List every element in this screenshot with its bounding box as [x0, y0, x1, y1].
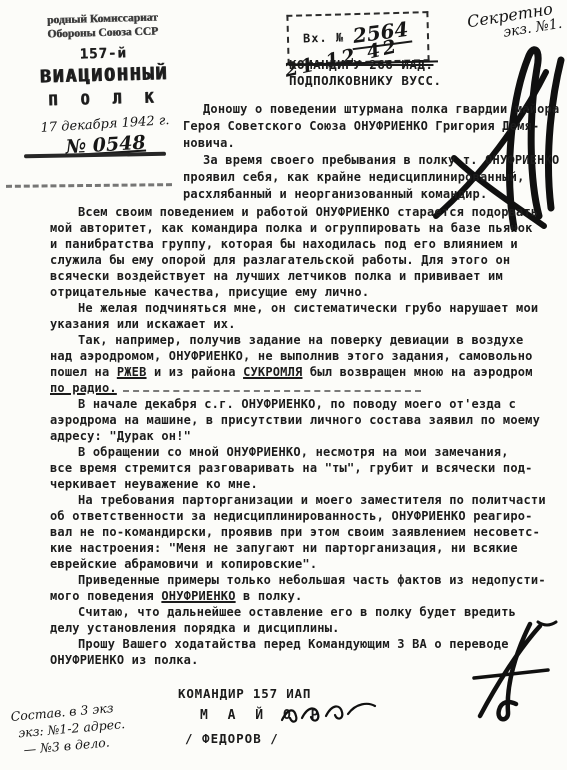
body-line: вал не по-командирски, проявив при этом … [50, 524, 565, 540]
underlined-place-name: СУКРОМЛЯ [243, 365, 302, 379]
body-line: все время стремится разговаривать на "ты… [50, 460, 565, 476]
underlined-surname: ОНУФРИЕНКО [161, 589, 235, 603]
body-line: и панибратства группу, которая бы находи… [50, 236, 565, 252]
body-line: еврейские абрамовичи и копировские". [50, 556, 565, 572]
body-line: адресу: "Дурак он!" [50, 428, 565, 444]
body-line: новича. [183, 135, 559, 152]
body-line: В обращении со мной ОНУФРИЕНКО, несмотря… [50, 444, 565, 460]
inbox-stamp-prefix: Вх. № [303, 30, 344, 45]
unit-type: ВИАЦИОННЫЙ [14, 63, 194, 89]
body-line: Доношу о поведении штурмана полка гварди… [183, 101, 559, 118]
underlined-place-name: РЖЕВ [117, 365, 147, 379]
commander-name: / ФЕДОРОВ / [185, 731, 279, 746]
body-text: в полку. [236, 589, 303, 603]
body-intro: Доношу о поведении штурмана полка гварди… [183, 101, 559, 203]
body-text: мого поведения [50, 589, 161, 603]
body-main: Всем своим поведением и работой ОНУФРИЕН… [50, 204, 565, 668]
body-line: За время своего пребывания в полку т. ОН… [183, 152, 559, 169]
body-line: об ответственности за недисциплинированн… [50, 508, 565, 524]
body-line: отрицательные качества, присущие ему лич… [50, 284, 565, 300]
unit-number: 157-й [13, 44, 193, 65]
document-page: родный Комиссариат Обороны Союза ССР 157… [0, 0, 567, 770]
body-line: мой авторитет, как командира полка и огр… [50, 220, 565, 236]
dash-underline [123, 382, 421, 392]
body-line: Героя Советского Союза ОНУФРИЕНКО Григор… [183, 118, 559, 135]
body-line: черкивает неуважение ко мне. [50, 476, 565, 492]
body-line: Так, например, получив задание на поверк… [50, 332, 565, 348]
body-line: Считаю, что дальнейшее оставление его в … [50, 604, 565, 620]
body-line: В начале декабря с.г. ОНУФРИЕНКО, по пов… [50, 396, 565, 412]
underlined-phrase: по радио. [50, 381, 117, 395]
body-line: Приведенные примеры только небольшая час… [50, 572, 565, 588]
body-line: служила бы ему опорой для разлагательско… [50, 252, 565, 268]
body-line: мого поведения ОНУФРИЕНКО в полку. [50, 588, 565, 604]
body-line: На требования парторганизации и моего за… [50, 492, 565, 508]
body-line: кие настроения: "Меня не запугают ни пар… [50, 540, 565, 556]
body-line: по радио. [50, 380, 565, 396]
divider-dashed [6, 183, 172, 188]
approval-x-mark [468, 620, 558, 720]
body-line: пошел на РЖЕВ и из района СУКРОМЛЯ был в… [50, 364, 565, 380]
body-line: Не желая подчиняться мне, он систематиче… [50, 300, 565, 316]
body-line: Всем своим поведением и работой ОНУФРИЕН… [50, 204, 565, 220]
body-line: над аэродромом, ОНУФРИЕНКО, не выполнив … [50, 348, 565, 364]
body-text: пошел на [50, 365, 117, 379]
commander-signature-scrawl [278, 698, 378, 728]
body-line: проявил себя, как крайне недисциплиниров… [183, 169, 559, 186]
copies-note: Состав. в 3 экз экз: №1-2 адрес. — №3 в … [10, 698, 127, 759]
unit-polk: П О Л К [14, 88, 194, 111]
body-line: указания или искажает их. [50, 316, 565, 332]
letterhead-stamp: родный Комиссариат Обороны Союза ССР 157… [12, 10, 196, 159]
body-text: был возвращен мною на аэродром [302, 365, 532, 379]
body-text: и из района [147, 365, 244, 379]
body-line: аэродрома на машине, в присутствии лично… [50, 412, 565, 428]
body-line: расхлябанный и неорганизованный командир… [183, 186, 559, 203]
body-line: всячески воздействует на лучших летчиков… [50, 268, 565, 284]
